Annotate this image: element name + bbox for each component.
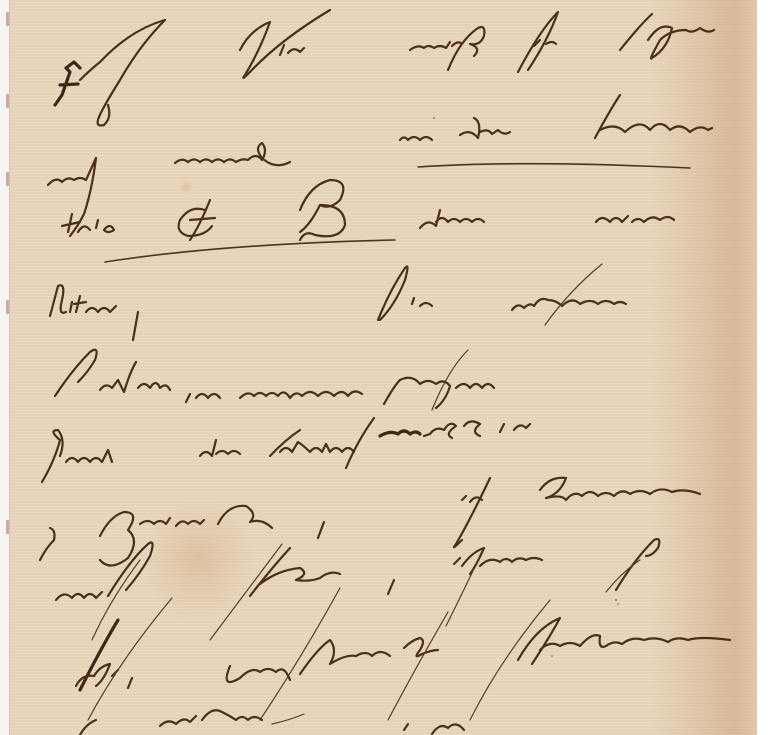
line-10-ink xyxy=(80,710,464,735)
line-3-ink xyxy=(62,180,674,240)
line-9-ink xyxy=(76,588,730,720)
scanned-letter-page: Ich Von mir ist sie schon noch einmal um… xyxy=(0,0,768,735)
line-1-ink xyxy=(55,10,714,125)
handwriting-ink xyxy=(0,0,768,735)
line-5-ink xyxy=(55,350,494,410)
underline-es-b xyxy=(105,240,395,262)
line-8-ink xyxy=(56,539,659,640)
underline-klavier xyxy=(418,164,690,168)
line-6-ink xyxy=(42,418,530,482)
line-4-ink xyxy=(50,264,626,340)
